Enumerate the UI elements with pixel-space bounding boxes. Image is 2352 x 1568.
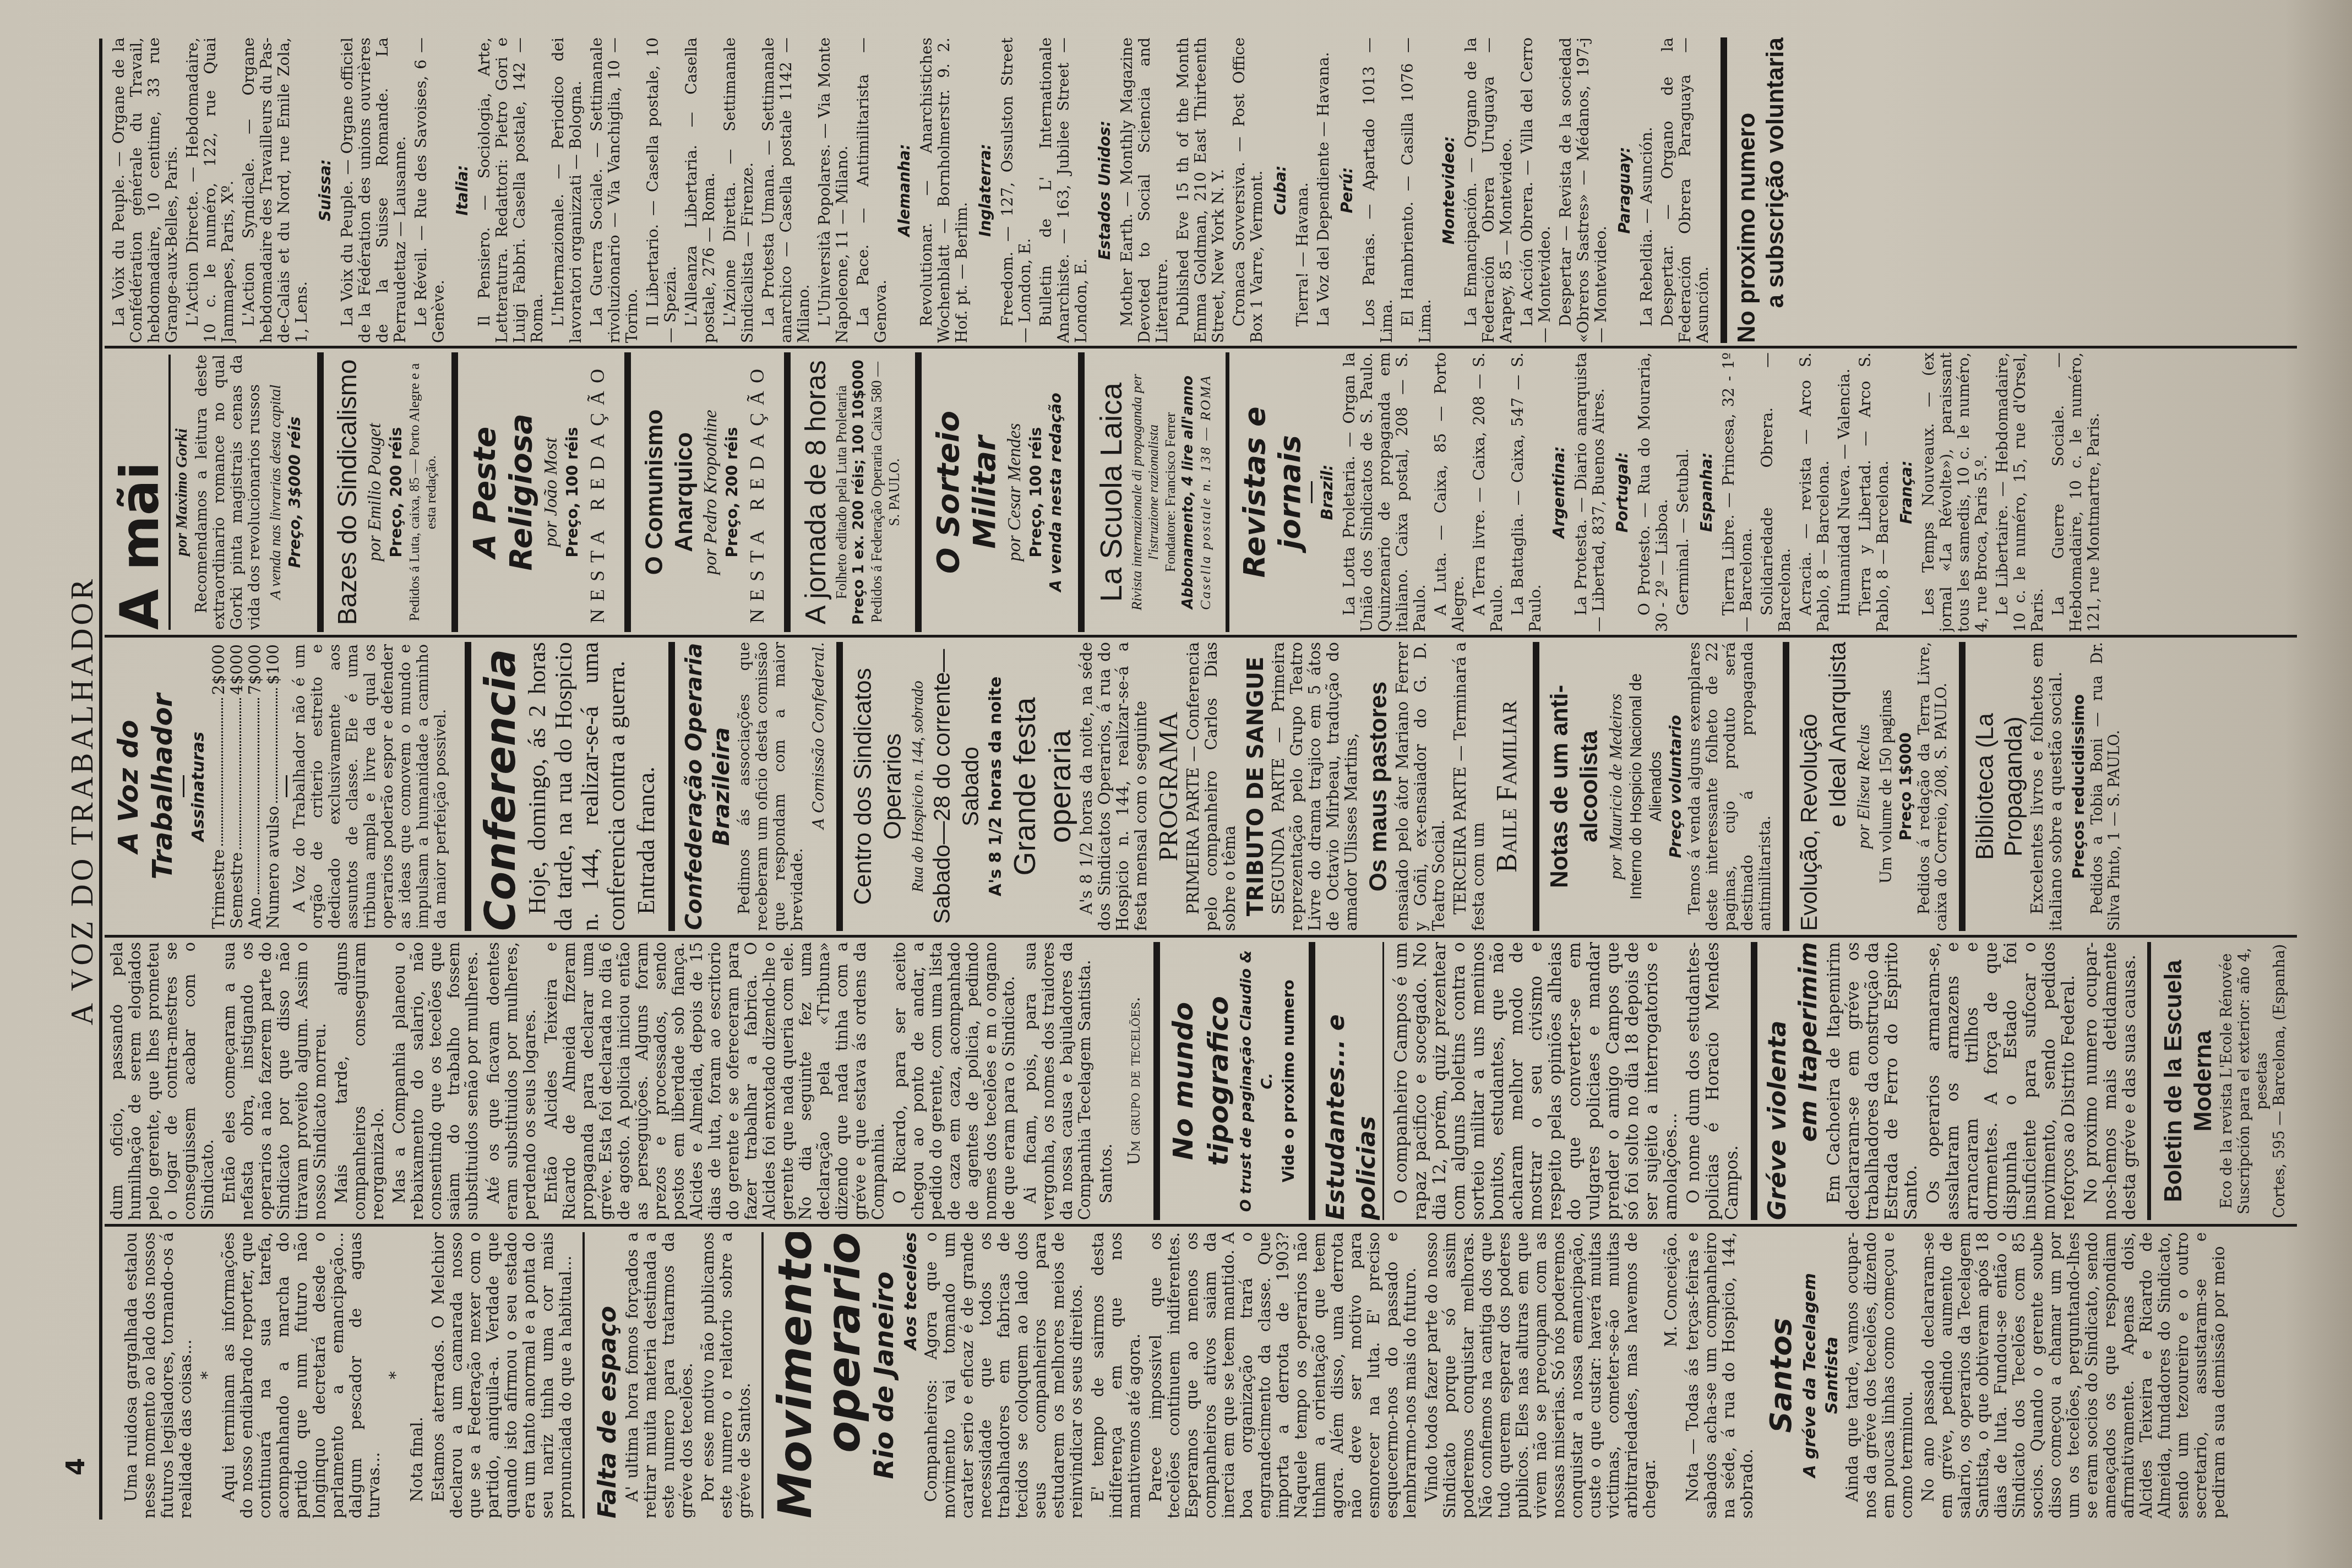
directory-entry: L'Action Directe. — Hebdomadaire, 10 c. … [184, 37, 237, 343]
directory-entry: Despertar. — Organo de la Federación Obr… [1659, 37, 1712, 343]
peste-price: Preço, 100 réis [563, 355, 582, 630]
comunismo-author: por Pedro Kropothine [699, 355, 722, 630]
directory-entry: La Protesta Umana. — Settimanale anarchi… [760, 37, 813, 343]
paragraph: Por esse motivo não publicamos este nume… [699, 1232, 754, 1518]
voz-description: A Voz do Trabalhador não é um orgão de c… [291, 644, 449, 929]
paragraph: Aqui terminam as informações do nosso en… [220, 1232, 383, 1518]
movimento-title-line2: operario [819, 1232, 868, 1518]
amai-title: A mãi [111, 355, 171, 630]
paragraph: No proximo numero ocupar-nos-hemos mais … [2082, 942, 2139, 1220]
column-5-directory: La Voix du Peuple. — Organe de la Conféd… [108, 37, 2301, 343]
directory-entry: La Voix du Peuple. — Organe officiel de … [339, 37, 409, 343]
column-1: Uma ruidosa gargalhada estalou nesse mom… [108, 1232, 2301, 1518]
paragraph: Em Cachoeira de Itapemirim declararam-se… [1825, 942, 1921, 1220]
bazes-orders: Pedidos á Luta, caixa, 85 — Porto Alegre… [406, 355, 439, 630]
directory-entry: Solidariedade Obrera. — Barcelona. [1758, 352, 1794, 632]
bazes-price: Preço, 200 réis [386, 355, 406, 630]
centro-title: Centro dos Sindicatos Operarios [848, 642, 908, 931]
section-rule [1959, 642, 1962, 931]
tipografico-line2: Vide o proximo numero [1278, 942, 1300, 1220]
paragraph: O Ricardo, para ser aceito chegou ao pon… [891, 942, 1018, 1220]
separator-asterisk: * [198, 1232, 216, 1518]
directory-entry: L'Internazionale. — Periodico dei lavora… [549, 37, 585, 343]
section-rule [1309, 942, 1312, 1220]
section-rule [1078, 352, 1081, 632]
section-rule [1721, 37, 1724, 343]
jornada-orders: Pedidos á Federação Operaria Caixa 580 —… [868, 355, 903, 630]
section-rule [1751, 942, 1754, 1220]
amai-sale: A venda nas livrarias desta capital [266, 355, 285, 630]
notice-line2: a subscrição voluntaria [1761, 37, 1790, 343]
centro-address: Rua do Hospicio n. 144, sobrado [908, 642, 928, 931]
directory-entry: Bulletin de L' Internationale Anarchiste… [1037, 37, 1090, 343]
section-rule [2147, 942, 2151, 1220]
rio-subtitle: Rio de Janeiro [868, 1232, 900, 1518]
rate-value: 2$000 [210, 644, 228, 695]
directory-entry: Le Libertaire. — Hebdomadaire, 10 c. le … [1994, 352, 2046, 632]
directory-entry: La Battaglia. — Caixa, 547 — S. Paulo. [1509, 352, 1544, 632]
paragraph: A' ultima hora fomos forçados a retirar … [623, 1232, 696, 1518]
conferencia: Conferencia Hoje, domingo, ás 2 horas da… [477, 642, 660, 931]
tributo-title: TRIBUTO DE SANGUE [1242, 642, 1270, 931]
paragraph: Então eles começaram a sua nefasta obra,… [220, 942, 329, 1220]
directory-entry: Published Eve 15 th of the Month Emma Go… [1174, 37, 1227, 343]
section-rule [624, 352, 628, 632]
directory-entry: El Hambriento. — Casilla 1076 — Lima. [1399, 37, 1434, 343]
conferencia-title: Conferencia [477, 642, 524, 931]
paragraph: Nota final. [408, 1232, 426, 1518]
paragraph: Então Alcides Teixeira e Ricardo de Alme… [542, 942, 888, 1220]
paragraph: Vindo todos fazer parte do nosso Sindica… [1423, 1232, 1659, 1518]
evolucao-title-line2: e Ideal Anarquista [1823, 642, 1852, 931]
confederacao: Confederação Operaria Brazileira Pedimos… [680, 642, 827, 931]
rate-row: Trimestre2$000 [210, 644, 228, 929]
peste-place: NESTA REDAÇÃO [586, 357, 609, 628]
column-3: A Voz do Trabalhador Assinaturas Trimest… [108, 642, 2301, 931]
scuola-line1: Rivista internazionale di propaganda per… [1129, 355, 1162, 630]
conferencia-text: Hoje, domingo, ás 2 horas da tarde, na r… [524, 642, 630, 931]
country-heading: Cuba: [1271, 37, 1289, 343]
masthead-rule [99, 39, 102, 1520]
tipografico-line1: O trust de paginação Claudio & C. [1236, 942, 1278, 1220]
parte3: TERCEIRA PARTE — Terminará a festa com u… [1451, 642, 1488, 931]
column-rule [105, 1224, 2297, 1227]
centro-time: A's 8 1/2 horas da noite [985, 642, 1007, 931]
section-rule [761, 1232, 764, 1518]
country-heading: Argentina: [1550, 352, 1568, 632]
parte2b: ensaiado pelo átor Mariano Ferrer y Goñi… [1393, 642, 1448, 931]
paragraph: Uma ruidosa gargalhada estalou nesse mom… [122, 1232, 195, 1518]
jornada-title: A jornada de 8 horas [799, 355, 832, 630]
directory-entry: Tierra! — Havana. [1294, 37, 1311, 343]
directory-entry: Despertar — Revista de la sociedad «Obre… [1557, 37, 1610, 343]
evolucao-volume: Um volume de 150 paginas [1874, 642, 1896, 931]
biblioteca-la-propaganda: Biblioteca (La Propaganda) Excelentes li… [1971, 642, 2123, 931]
rate-value: $100 [264, 644, 282, 685]
section-rule [1226, 352, 1229, 632]
dash-ornament [183, 776, 184, 798]
signature: M. Conceição. [1662, 1232, 1680, 1518]
directory-entry: Tierra y Libertad. — Arco S. Pablo, 8 — … [1856, 352, 1892, 632]
ad-bazes: Bazes do Sindicalismo por Emilio Pouget … [329, 352, 443, 632]
greve-title-line2: em Itaperimim [1793, 942, 1825, 1220]
country-heading: Brazil: [1318, 352, 1336, 632]
directory-entry: Le Réveil. — Rue des Savoises, 6 — Genèv… [412, 37, 448, 343]
paragraph: Ainda que tarde, vamos ocupar-nos da gré… [1843, 1232, 1916, 1518]
country-heading: Paraguay: [1615, 37, 1634, 343]
directory-continued: La Voix du Peuple. — Organe de la Conféd… [108, 37, 1712, 343]
notice-line1: No proximo numero [1733, 37, 1761, 343]
conferencia-footer: Entrada franca. [633, 642, 660, 931]
rate-row: Ano7$000 [246, 644, 264, 929]
directory-entry: Les Temps Nouveaux. — (ex jornal «La Rév… [1920, 352, 1990, 632]
directory-entry: La Voz del Dependiente — Havana. [1315, 37, 1332, 343]
boletin-title: Boletin de la Escuela Moderna [2159, 942, 2218, 1220]
centro-date: Sabado—28 do corrente—Sabado [928, 642, 985, 931]
amai-author: por Maximo Gorki [171, 355, 193, 630]
comunismo-place: NESTA REDAÇÃO [745, 357, 769, 628]
biblioteca-title: Biblioteca (La Propaganda) [1971, 642, 2028, 931]
rate-row: Numero avulso$100 [264, 644, 282, 929]
ad-sorteio-militar: O Sorteio Militar por Cesar Mendes Preço… [927, 352, 1069, 632]
directory-entry: Cronaca Sovversiva. — Post Office Box 1 … [1231, 37, 1266, 343]
peste-title: A Peste Religiosa [467, 355, 540, 630]
directory-entry: Humanidad Nueva. — Valencia. [1836, 352, 1853, 632]
pastores-title: Os maus pastores [1364, 642, 1393, 931]
movimento-operario: Movimento operario Rio de Janeiro Aos te… [771, 1232, 2228, 1518]
directory-entry: Il Pensiero. — Sociologia, Arte, Lettera… [476, 37, 546, 343]
sorteio-sale: A venda nesta redação [1046, 355, 1066, 630]
directory-entry: La Emancipación. — Organo de la Federaci… [1462, 37, 1515, 343]
directory-entry: La Voix du Peuple. — Organe de la Conféd… [110, 37, 181, 343]
section-rule [317, 352, 320, 632]
subscription-notice: No proximo numero a subscrição voluntari… [1733, 37, 1790, 343]
country-heading: Espanha: [1697, 352, 1716, 632]
directory-entry: La Guerra Sociale. — Settimanale rivoluz… [588, 37, 641, 343]
ad-comunismo-anarquico: O Comunismo Anarquico por Pedro Kropothi… [636, 352, 775, 632]
sorteio-author: por Cesar Mendes [1003, 355, 1026, 630]
directory-entry: L'Azione Diretta. — Settimanale Sindical… [721, 37, 756, 343]
section-rule [1783, 642, 1786, 931]
estudantes-article: Estudantes... e policias O companheiro C… [1321, 942, 1742, 1220]
jornada-line1: Folheto editado pela Luta Proletaria [832, 355, 850, 630]
greve-title-line1: Gréve violenta [1763, 942, 1793, 1220]
revistas-e-jornais: Revistas e jornais Brazil: La Lotta Prol… [1237, 352, 2103, 632]
confederacao-text: Pedimos ás associações que receberam um … [736, 642, 806, 931]
comunismo-price: Preço, 200 réis [722, 355, 742, 630]
paragraph: No ano passado declararam-se em gréve, p… [1919, 1232, 2228, 1518]
boletin-line3: Cortes, 595 — Barcelona, (Espanha) [2271, 942, 2289, 1220]
column-2: dum oficio, passando pela humilhação de … [108, 942, 2301, 1220]
directory-entry: L'Università Popolares. — Via Monte Napo… [816, 37, 851, 343]
paragraph: Parece impossivel que os tecelões contin… [1147, 1232, 1419, 1518]
dash-ornament [286, 776, 287, 798]
kicker: Aos tecelões [900, 1232, 922, 1518]
dot-leader [228, 698, 241, 848]
country-heading: Portugal: [1613, 352, 1631, 632]
section-rule [915, 352, 918, 632]
falta-title: Falta de espaço [592, 1232, 623, 1518]
section-rule [451, 352, 455, 632]
paragraph: dum oficio, passando pela humilhação de … [108, 942, 217, 1220]
paragraph: Nota — Todas ás terças-feiras e sabados … [1684, 1232, 1756, 1518]
evolucao-title-line1: Evolução, Revolução [1795, 642, 1823, 931]
no-mundo-tipografico: No mundo tipografico O trust de paginaçã… [1166, 942, 1300, 1220]
ad-scuola-laica: La Scuola Laica Rivista internazionale d… [1090, 352, 1218, 632]
biblioteca-orders: Pedidos a Tobia Boni — rua Dr. Silva Pin… [2089, 642, 2123, 931]
directory-entry: La Rebeldia. — Asunción. [1638, 37, 1656, 343]
ad-jornada-8-horas: A jornada de 8 horas Folheto editado pel… [796, 352, 906, 632]
confederacao-title-line1: Confederação Operaria [680, 642, 708, 931]
dot-leader [246, 698, 259, 894]
centro-sindicatos: Centro dos Sindicatos Operarios Rua do H… [848, 642, 1524, 931]
country-heading: Perú: [1338, 37, 1356, 343]
comunismo-title: O Comunismo Anarquico [640, 355, 699, 630]
directory-entry: Los Parias. — Apartado 1013 — Lima. [1360, 37, 1396, 343]
directory-entry: Tierra Libre. — Princesa, 32 - 1º — Barc… [1720, 352, 1755, 632]
masthead: A VOZ DO TRABALHADOR [65, 0, 100, 1568]
paragraph: Mas a Companhia planeou o rebaixamento d… [390, 942, 481, 1220]
biblioteca-prices: Preços reducidissimo [2069, 642, 2089, 931]
amai-text: Recomendamos a leitura deste extraordina… [193, 355, 263, 630]
notas-anti-alcoolista: Notas de um anti-alcoolista por Mauricio… [1545, 642, 1774, 931]
country-heading: Italia: [453, 37, 471, 343]
boletin-line1: Eco de la revista L'Ecole Rénovée [2218, 942, 2236, 1220]
rate-label: Numero avulso [264, 806, 282, 929]
falta-de-espaco: Falta de espaço A' ultima hora fomos for… [592, 1232, 754, 1518]
festa-text: A's 8 1/2 horas da noite, na séde dos Si… [1077, 642, 1150, 931]
directory-entry: Freedom. — 127, Ossulston Street — Londo… [999, 37, 1034, 343]
directory-entry: La Protesta. — Diario anarquista — Liber… [1572, 352, 1608, 632]
ad-a-mai: A mãi por Maximo Gorki Recomendamos a le… [108, 352, 308, 632]
parte2: SEGUNDA PARTE — Primeira reprezentação p… [1270, 642, 1360, 931]
country-heading: França: [1897, 352, 1915, 632]
evolucao-price: Preço 1$000 [1896, 642, 1916, 931]
paragraph: O nome dum dos estudantes-policias é Hor… [1684, 942, 1742, 1220]
directory-entry: Mother Earth. — Monthly Magazine Devoted… [1118, 37, 1171, 343]
directory-entry: Acracia. — revista — Arco S. Pablo, 8 — … [1797, 352, 1832, 632]
dot-leader [210, 698, 223, 846]
rate-label: Ano [246, 897, 264, 929]
movimento-title-line1: Movimento [771, 1232, 819, 1518]
masthead-title: A VOZ DO TRABALHADOR [66, 576, 100, 1025]
voz-subscription-box: A Voz do Trabalhador Assinaturas Trimest… [108, 642, 456, 931]
section-rule [1153, 942, 1157, 1220]
boletin-line2: Suscripción para el exterior: año 4, pes… [2236, 942, 2271, 1220]
column-rule [105, 935, 2297, 938]
rate-label: Trimestre [210, 849, 228, 929]
evolucao-orders: Pedidos á redação da Terra Livre, caixa … [1916, 642, 1950, 931]
sorteio-price: Preço, 100 réis [1026, 355, 1046, 630]
notas-author: por Mauricio de Medeiros [1604, 642, 1626, 931]
dash-ornament [1311, 481, 1313, 503]
greve-violenta-article: Gréve violenta em Itaperimim Em Cachoeir… [1763, 942, 2139, 1220]
section-rule [784, 352, 787, 632]
column-rule [105, 346, 2297, 349]
directory-entry: A Terra livre. — Caixa, 208 — S. Paulo. [1471, 352, 1506, 632]
directory-entry: L'Alleanza Libertaria. — Casella postale… [683, 37, 718, 343]
rate-value: 4$000 [228, 644, 246, 695]
column-rule [105, 635, 2297, 638]
paragraph: Companheiros: Agora que o movimento vai … [922, 1232, 1086, 1518]
voz-subtitle: Assinaturas [188, 644, 210, 929]
directory-entry: Revolutionar. — Anarchistiches Wochenbla… [918, 37, 971, 343]
jornada-price: Preço 1 ex. 200 réis; 100 10$000 [850, 355, 868, 630]
country-heading: Suissa: [316, 37, 334, 343]
section-rule [668, 642, 672, 931]
section-rule [582, 1232, 585, 1518]
dot-leader [264, 688, 277, 803]
directory-entry: Il Libertario. — Casella postale, 10 — S… [644, 37, 679, 343]
bazes-author: por Emilio Pouget [363, 355, 386, 630]
intro-article: Uma ruidosa gargalhada estalou nesse mom… [108, 1232, 575, 1518]
paragraph: Até os que ficavam doentes eram substitu… [484, 942, 539, 1220]
directory-entry: O Protesto. — Rua do Mouraria, 30 - 2º —… [1636, 352, 1671, 632]
notas-text: Temos á venda alguns exemplares deste in… [1686, 642, 1774, 931]
evolucao-author: por Eliseu Reclus [1852, 642, 1874, 931]
section-rule [465, 642, 468, 931]
boletin-escuela-moderna: Boletin de la Escuela Moderna Eco de la … [2159, 942, 2289, 1220]
scuola-title: La Scuola Laica [1093, 355, 1129, 630]
ad-peste-religiosa: A Peste Religiosa por João Most Preço, 1… [464, 352, 616, 632]
confederacao-title-line2: Brazileira [708, 642, 736, 931]
amai-price: Preço, 3$000 réis [285, 355, 305, 630]
paragraph: E' tempo de sairmos desta indiferença em… [1089, 1232, 1144, 1518]
paragraph: Estamos aterrados. O Melchior declarou a… [429, 1232, 575, 1518]
column-4: A mãi por Maximo Gorki Recomendamos a le… [108, 352, 2301, 632]
bazes-title: Bazes do Sindicalismo [333, 355, 363, 630]
paragraph: O companheiro Campos é um rapaz pacifico… [1392, 942, 1681, 1220]
programa-title: PROGRAMA [1153, 642, 1184, 931]
directory-entry: La Pace. — Antimilitarista — Genova. [854, 37, 890, 343]
biblioteca-text: Excelentes livros e folhetos em italiano… [2028, 642, 2066, 931]
country-heading: Estados Unidos: [1096, 37, 1114, 343]
country-heading: Alemanha: [895, 37, 913, 343]
section-rule [836, 642, 840, 931]
signature: A Comissão Confederal. [809, 642, 827, 931]
estudantes-title: Estudantes... e policias [1321, 942, 1384, 1220]
voz-title: A Voz do Trabalhador [111, 644, 179, 929]
paragraph: Mais tarde, alguns companheiros consegui… [333, 942, 387, 1220]
rate-row: Semestre4$000 [228, 644, 246, 929]
festa-title: Grande festa operaria [1007, 642, 1077, 931]
paragraph: Ai ficam, pois, para sua vergonha, os no… [1021, 942, 1094, 1220]
separator-asterisk: * [386, 1232, 405, 1518]
revistas-title: Revistas e jornais [1237, 352, 1308, 632]
tipografico-title: No mundo tipografico [1166, 942, 1236, 1220]
santos-subtitle: A gréve da Tecelagem Santista [1799, 1232, 1843, 1518]
paragraph: Os operarios armaram-se, assaltaram os a… [1924, 942, 2078, 1220]
country-heading: Inglaterra: [976, 37, 994, 343]
country-heading: Montevideo: [1440, 37, 1458, 343]
directory-entry: La Acción Obrera. — Villa del Cerro — Mo… [1518, 37, 1554, 343]
scuola-founder: Fondatore: Francisco Ferrer [1162, 355, 1179, 630]
rate-label: Semestre [228, 852, 246, 929]
baile-title: Baile Familiar [1491, 642, 1524, 931]
rate-value: 7$000 [246, 644, 264, 695]
scuola-subscription: Abbonamento, 4 lire all'anno [1179, 355, 1197, 630]
directory-entry: La Guerre Sociale. — Hebdomadaire, 10 c.… [2050, 352, 2103, 632]
santos-title: Santos [1763, 1232, 1799, 1518]
scuola-address: Casella postale n. 138 — ROMA [1197, 355, 1215, 630]
newspaper-page: 4 A VOZ DO TRABALHADOR Uma ruidosa garga… [0, 0, 2352, 1568]
peste-author: por João Most [540, 355, 563, 630]
directory-entry: A Luta. — Caixa, 85 — Porto Alegre. [1432, 352, 1467, 632]
notas-role: Interno do Hospicio Nacional de Alienado… [1626, 642, 1666, 931]
directory-entry: La Lotta Proletaria. — Organ la União do… [1341, 352, 1429, 632]
notas-title: Notas de um anti-alcoolista [1545, 642, 1604, 931]
parte1: PRIMEIRA PARTE — Conferencia pelo compan… [1184, 642, 1239, 931]
notas-price: Preço voluntario [1666, 642, 1686, 931]
paragraph: Santos. [1097, 942, 1115, 1220]
section-rule [1533, 642, 1536, 931]
directory-entry: Germinal. — Setubal. [1674, 352, 1692, 632]
sorteio-title: O Sorteio Militar [930, 355, 1003, 630]
directory-entry: L'Action Syndicale. — Organe hebdomadair… [240, 37, 311, 343]
evolucao-book: Evolução, Revolução e Ideal Anarquista p… [1795, 642, 1950, 931]
signature: Um grupo de tecelões. [1125, 942, 1144, 1220]
